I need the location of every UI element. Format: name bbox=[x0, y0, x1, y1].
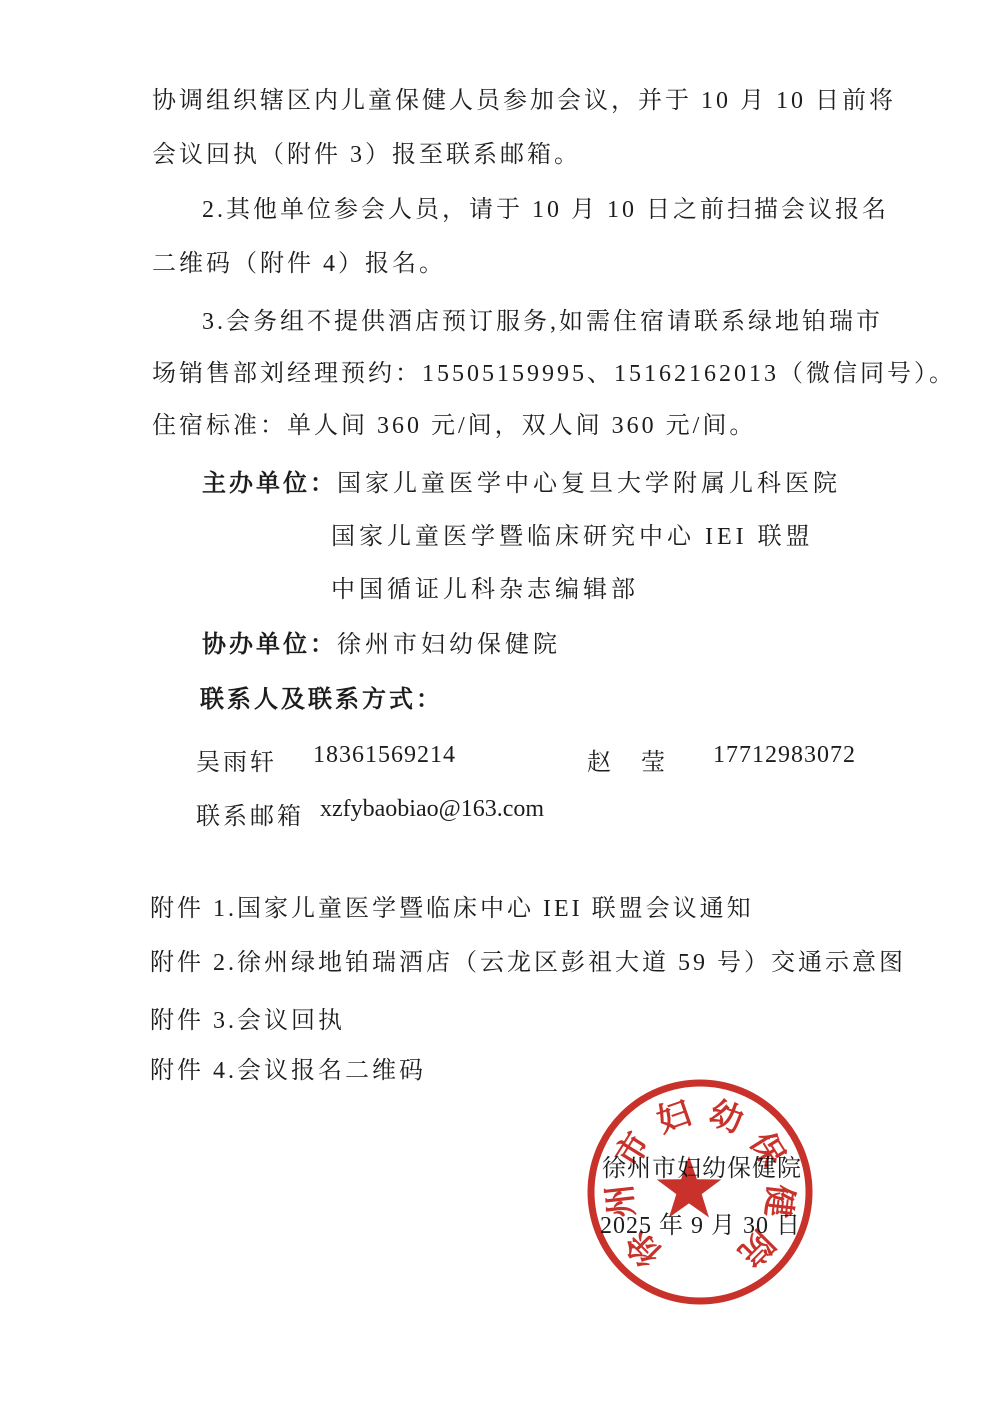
paragraph3-line2: 场销售部刘经理预约：15505159995、15162162013（微信同号）。 bbox=[152, 361, 956, 389]
contact1-phone: 18361569214 bbox=[313, 742, 456, 769]
attachment-item-3: 附件 3.会议回执 bbox=[150, 1008, 345, 1036]
contact1-name: 吴雨轩 bbox=[196, 742, 277, 777]
contact-section-header: 联系人及联系方式： bbox=[200, 686, 443, 714]
co-organizer-line: 协办单位：徐州市妇幼保健院 bbox=[202, 631, 561, 660]
host-organizer-name1: 国家儿童医学中心复旦大学附属儿科医院 bbox=[337, 471, 841, 497]
host-organizer-name2: 国家儿童医学暨临床研究中心 IEI 联盟 bbox=[331, 524, 814, 552]
svg-text:幼: 幼 bbox=[705, 1094, 748, 1140]
signature-date: 2025 年 9 月 30 日 bbox=[600, 1213, 801, 1241]
paragraph1-line1: 协调组织辖区内儿童保健人员参加会议，并于 10 月 10 日前将 bbox=[152, 88, 896, 116]
paragraph3-line1: 3.会务组不提供酒店预订服务,如需住宿请联系绿地铂瑞市 bbox=[202, 309, 883, 337]
attachment-item-1: 附件 1.国家儿童医学暨临床中心 IEI 联盟会议通知 bbox=[150, 896, 754, 924]
email-address: xzfybaobiao@163.com bbox=[320, 796, 544, 823]
email-label: 联系邮箱 bbox=[196, 796, 304, 831]
paragraph3-line3: 住宿标准：单人间 360 元/间，双人间 360 元/间。 bbox=[152, 413, 756, 441]
contact2-name: 赵 莹 bbox=[587, 742, 668, 777]
document-page: 协调组织辖区内儿童保健人员参加会议，并于 10 月 10 日前将 会议回执（附件… bbox=[0, 0, 1000, 1414]
seal-ring-circle bbox=[591, 1083, 809, 1301]
svg-text:妇: 妇 bbox=[652, 1094, 695, 1140]
attachment-item-2: 附件 2.徐州绿地铂瑞酒店（云龙区彭祖大道 59 号）交通示意图 bbox=[150, 950, 906, 978]
co-organizer-name: 徐州市妇幼保健院 bbox=[337, 632, 561, 658]
contact-persons-row: 吴雨轩 18361569214 赵 莹 17712983072 bbox=[0, 742, 1000, 776]
official-seal-stamp: 徐州市妇幼保健院 bbox=[580, 1072, 820, 1312]
host-organizer-name3: 中国循证儿科杂志编辑部 bbox=[331, 577, 639, 605]
contact-email-row: 联系邮箱 xzfybaobiao@163.com bbox=[0, 796, 1000, 830]
paragraph2-line1: 2.其他单位参会人员，请于 10 月 10 日之前扫描会议报名 bbox=[202, 197, 889, 225]
host-organizer-label: 主办单位： bbox=[202, 470, 337, 497]
signature-org: 徐州市妇幼保健院 bbox=[602, 1156, 802, 1184]
paragraph1-line2: 会议回执（附件 3）报至联系邮箱。 bbox=[152, 142, 581, 170]
attachment-item-4: 附件 4.会议报名二维码 bbox=[150, 1058, 426, 1086]
contact2-phone: 17712983072 bbox=[713, 742, 856, 769]
host-organizer-line1: 主办单位：国家儿童医学中心复旦大学附属儿科医院 bbox=[202, 470, 841, 499]
paragraph2-line2: 二维码（附件 4）报名。 bbox=[152, 251, 446, 279]
co-organizer-label: 协办单位： bbox=[202, 631, 337, 658]
